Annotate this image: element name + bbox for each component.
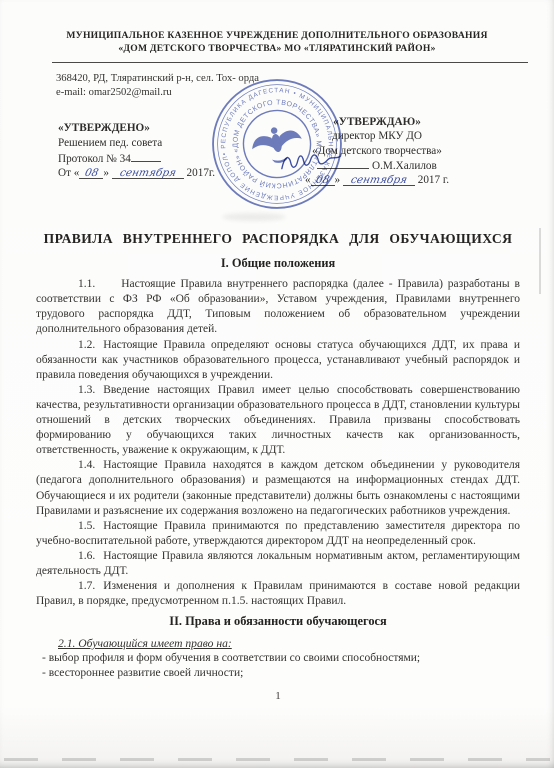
document-title: ПРАВИЛА ВНУТРЕННЕГО РАСПОРЯДКА ДЛЯ ОБУЧА… (36, 231, 520, 247)
handwritten-month: сентября (350, 175, 408, 185)
section-1-heading: I. Общие положения (36, 256, 520, 271)
section-2-heading: II. Права и обязанности обучающегося (36, 614, 520, 629)
approved-line1: Решением пед. совета (58, 136, 215, 150)
page-number: 1 (36, 690, 520, 702)
header-divider (52, 62, 528, 63)
eagle-emblem-icon (249, 122, 306, 168)
handwritten-month: сентября (119, 168, 177, 178)
rights-list-item: - выбор профиля и форм обучения в соотве… (42, 651, 520, 666)
official-round-stamp-icon: • РЕСПУБЛИКА ДАГЕСТАН • МУНИЦИПАЛЬНОЕ КА… (198, 65, 357, 224)
handwritten-day: 08 (84, 168, 100, 178)
paragraph-1-6: 1.6.Настоящие Правила являются локальным… (36, 549, 520, 579)
paragraph-1-3: 1.3.Введение настоящих Правил имеет цель… (36, 383, 520, 458)
approved-by-council-block: «УТВЕРЖДЕНО» Решением пед. совета Проток… (58, 121, 215, 180)
director-name: О.М.Халилов (372, 160, 437, 172)
paragraph-1-2: 1.2.Настоящие Правила определяют основы … (36, 338, 520, 383)
scan-edge-artifact (539, 228, 541, 294)
scan-bottom-artifact (4, 758, 550, 761)
approved-date-line: От «08» сентября 2017г. (58, 166, 215, 180)
org-name-block: МУНИЦИПАЛЬНОЕ КАЗЕННОЕ УЧРЕЖДЕНИЕ ДОПОЛН… (0, 0, 554, 55)
protocol-blank-line (131, 151, 161, 162)
approved-title: «УТВЕРЖДЕНО» (58, 121, 215, 135)
document-body: ПРАВИЛА ВНУТРЕННЕГО РАСПОРЯДКА ДЛЯ ОБУЧА… (0, 231, 554, 702)
approvals-section: «УТВЕРЖДЕНО» Решением пед. совета Проток… (0, 113, 554, 199)
rights-list-item: - всестороннее развитие своей личности; (42, 666, 520, 681)
section-2-1-subheading: 2.1. Обучающийся имеет право на: (58, 636, 520, 651)
document-page: МУНИЦИПАЛЬНОЕ КАЗЕННОЕ УЧРЕЖДЕНИЕ ДОПОЛН… (0, 0, 554, 768)
org-name-line2: «ДОМ ДЕТСКОГО ТВОРЧЕСТВА» МО «ТЛЯРАТИНСК… (0, 43, 554, 56)
org-name-line1: МУНИЦИПАЛЬНОЕ КАЗЕННОЕ УЧРЕЖДЕНИЕ ДОПОЛН… (0, 30, 554, 43)
approved-protocol-line: Протокол № 34 (58, 151, 215, 166)
paragraph-1-4: 1.4.Настоящие Правила находятся в каждом… (36, 458, 520, 518)
paragraph-1-7: 1.7.Изменения и дополнения к Правилам пр… (36, 579, 520, 609)
paragraph-1-1: 1.1.Настоящие Правила внутреннего распор… (36, 277, 520, 337)
paragraph-1-5: 1.5.Настоящие Правила принимаются по пре… (36, 519, 520, 549)
